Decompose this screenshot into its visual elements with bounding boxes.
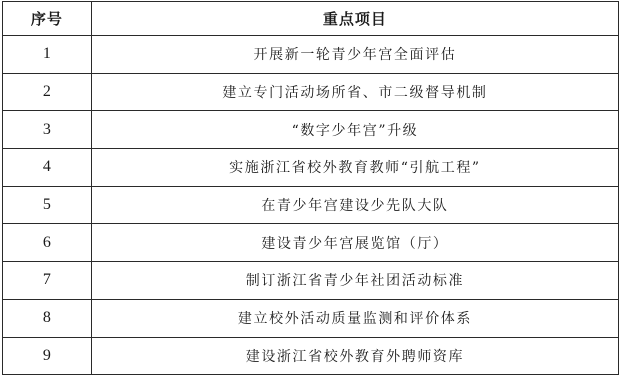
row-number: 8 (3, 299, 92, 337)
row-number: 6 (3, 224, 92, 262)
row-project: 实施浙江省校外教育教师“引航工程” (91, 149, 618, 187)
row-project: 建设浙江省校外教育外聘师资库 (91, 337, 618, 375)
table-row: 6 建设青少年宫展览馆（厅） (3, 224, 619, 262)
header-serial-number: 序号 (3, 2, 92, 36)
table-row: 1 开展新一轮青少年宫全面评估 (3, 36, 619, 74)
row-project: 制订浙江省青少年社团活动标准 (91, 262, 618, 300)
table-header-row: 序号 重点项目 (3, 2, 619, 36)
table-row: 7 制订浙江省青少年社团活动标准 (3, 262, 619, 300)
table-row: 9 建设浙江省校外教育外聘师资库 (3, 337, 619, 375)
row-number: 3 (3, 111, 92, 149)
table-row: 5 在青少年宫建设少先队大队 (3, 186, 619, 224)
table-row: 2 建立专门活动场所省、市二级督导机制 (3, 73, 619, 111)
row-project: 建立校外活动质量监测和评价体系 (91, 299, 618, 337)
row-number: 4 (3, 149, 92, 187)
row-project: 建设青少年宫展览馆（厅） (91, 224, 618, 262)
row-project: 在青少年宫建设少先队大队 (91, 186, 618, 224)
row-number: 1 (3, 36, 92, 74)
key-projects-table: 序号 重点项目 1 开展新一轮青少年宫全面评估 2 建立专门活动场所省、市二级督… (2, 1, 619, 375)
header-key-project: 重点项目 (91, 2, 618, 36)
row-number: 7 (3, 262, 92, 300)
row-number: 5 (3, 186, 92, 224)
row-number: 2 (3, 73, 92, 111)
row-project: 建立专门活动场所省、市二级督导机制 (91, 73, 618, 111)
table-row: 3 “数字少年宫”升级 (3, 111, 619, 149)
row-number: 9 (3, 337, 92, 375)
table-row: 8 建立校外活动质量监测和评价体系 (3, 299, 619, 337)
row-project: 开展新一轮青少年宫全面评估 (91, 36, 618, 74)
table-row: 4 实施浙江省校外教育教师“引航工程” (3, 149, 619, 187)
row-project: “数字少年宫”升级 (91, 111, 618, 149)
